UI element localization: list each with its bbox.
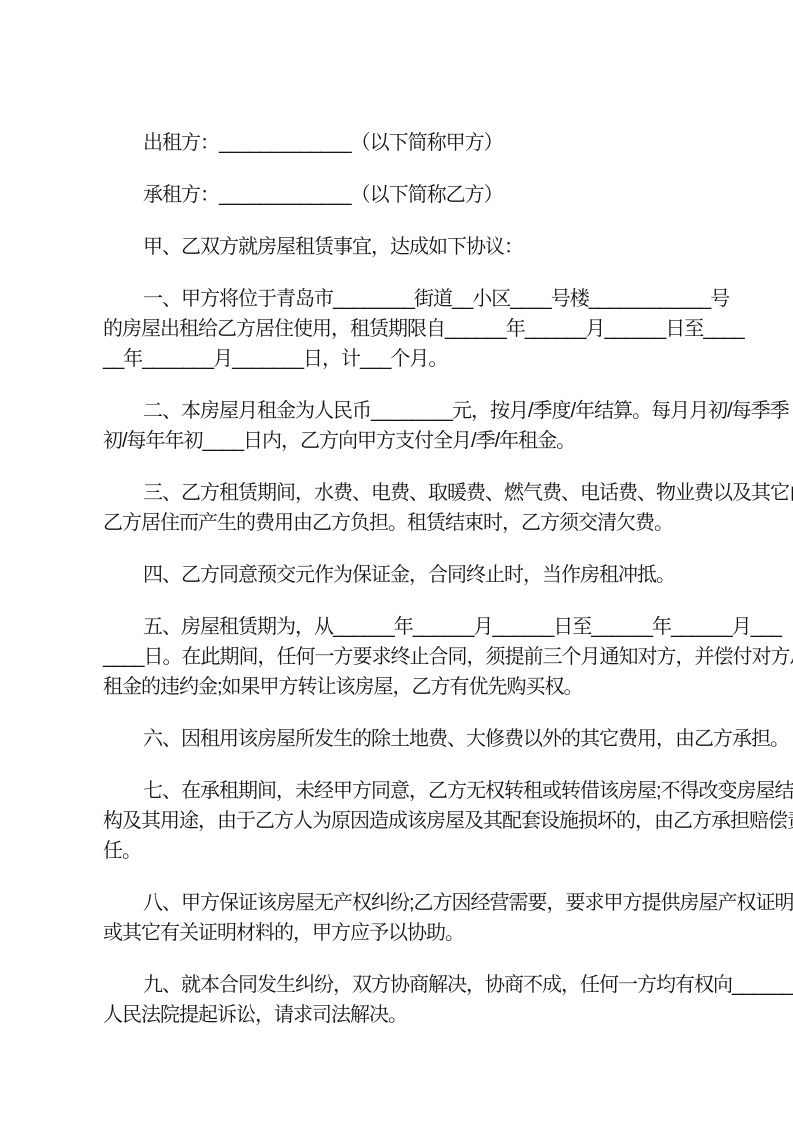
document-line: 初/每年年初____日内，乙方向甲方支付全月/季/年租金。 (103, 426, 757, 456)
document-line: 承租方：_____________（以下简称乙方） (103, 180, 757, 210)
document-line: 乙方居住而产生的费用由乙方负担。租赁结束时，乙方须交清欠费。 (103, 508, 757, 538)
paragraph-clause-9: 九、就本合同发生纠纷，双方协商解决，协商不成，任何一方均有权向________人… (103, 970, 757, 1030)
document-line: ____日。在此期间，任何一方要求终止合同，须提前三个月通知对方，并偿付对方总 (103, 642, 757, 672)
document-line: 出租方：_____________（以下简称甲方） (103, 128, 757, 158)
document-line: 构及其用途，由于乙方人为原因造成该房屋及其配套设施损坏的，由乙方承担赔偿责 (103, 806, 757, 836)
document-line: 九、就本合同发生纠纷，双方协商解决，协商不成，任何一方均有权向________ (103, 970, 757, 1000)
paragraph-clause-1: 一、甲方将位于青岛市________街道__小区____号楼__________… (103, 284, 757, 374)
document-line: 四、乙方同意预交元作为保证金，合同终止时，当作房租冲抵。 (103, 560, 757, 590)
paragraph-clause-3: 三、乙方租赁期间，水费、电费、取暖费、燃气费、电话费、物业费以及其它由乙方居住而… (103, 478, 757, 538)
paragraph-party-lessee: 承租方：_____________（以下简称乙方） (103, 180, 757, 210)
document-line: __年_______月_______日，计___个月。 (103, 344, 757, 374)
document-line: 任。 (103, 836, 757, 866)
document-line: 的房屋出租给乙方居住使用，租赁期限自______年______月______日至… (103, 314, 757, 344)
contract-page: 出租方：_____________（以下简称甲方）承租方：___________… (0, 0, 793, 1122)
document-line: 六、因租用该房屋所发生的除土地费、大修费以外的其它费用，由乙方承担。 (103, 724, 757, 754)
paragraph-clause-4: 四、乙方同意预交元作为保证金，合同终止时，当作房租冲抵。 (103, 560, 757, 590)
paragraph-party-lessor: 出租方：_____________（以下简称甲方） (103, 128, 757, 158)
document-line: 二、本房屋月租金为人民币________元，按月/季度/年结算。每月月初/每季季 (103, 396, 757, 426)
paragraph-clause-7: 七、在承租期间，未经甲方同意，乙方无权转租或转借该房屋;不得改变房屋结构及其用途… (103, 776, 757, 866)
document-body: 出租方：_____________（以下简称甲方）承租方：___________… (103, 128, 757, 1030)
paragraph-preamble: 甲、乙双方就房屋租赁事宜，达成如下协议： (103, 232, 757, 262)
document-line: 租金的违约金;如果甲方转让该房屋，乙方有优先购买权。 (103, 672, 757, 702)
document-line: 甲、乙双方就房屋租赁事宜，达成如下协议： (103, 232, 757, 262)
paragraph-clause-6: 六、因租用该房屋所发生的除土地费、大修费以外的其它费用，由乙方承担。 (103, 724, 757, 754)
paragraph-clause-5: 五、房屋租赁期为，从______年______月______日至______年_… (103, 612, 757, 702)
document-line: 八、甲方保证该房屋无产权纠纷;乙方因经营需要，要求甲方提供房屋产权证明 (103, 888, 757, 918)
document-line: 人民法院提起诉讼，请求司法解决。 (103, 1000, 757, 1030)
document-line: 或其它有关证明材料的，甲方应予以协助。 (103, 918, 757, 948)
paragraph-clause-2: 二、本房屋月租金为人民币________元，按月/季度/年结算。每月月初/每季季… (103, 396, 757, 456)
paragraph-clause-8: 八、甲方保证该房屋无产权纠纷;乙方因经营需要，要求甲方提供房屋产权证明或其它有关… (103, 888, 757, 948)
document-line: 三、乙方租赁期间，水费、电费、取暖费、燃气费、电话费、物业费以及其它由 (103, 478, 757, 508)
document-line: 五、房屋租赁期为，从______年______月______日至______年_… (103, 612, 757, 642)
document-line: 一、甲方将位于青岛市________街道__小区____号楼__________… (103, 284, 757, 314)
document-line: 七、在承租期间，未经甲方同意，乙方无权转租或转借该房屋;不得改变房屋结 (103, 776, 757, 806)
